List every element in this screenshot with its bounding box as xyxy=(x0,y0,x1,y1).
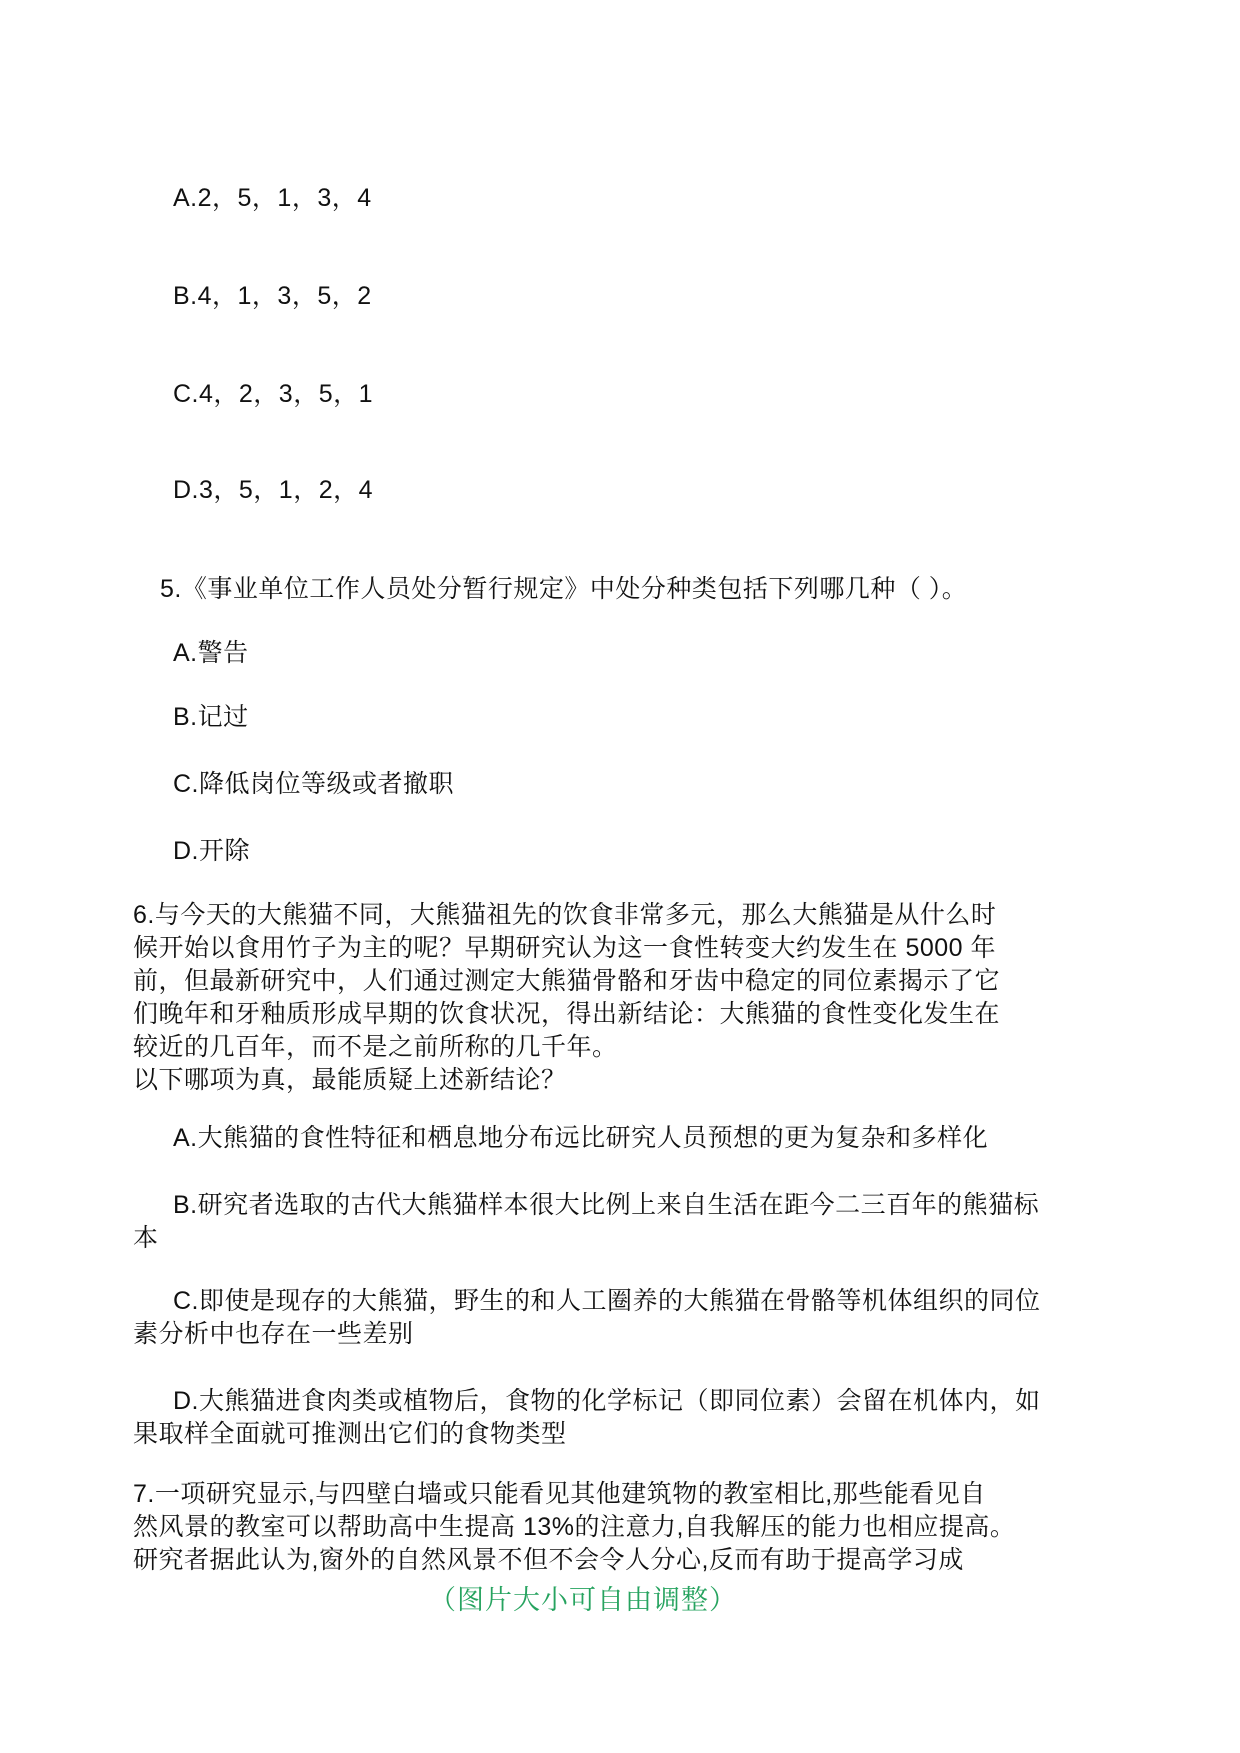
question-6-option-a: A.大熊猫的食性特征和栖息地分布远比研究人员预想的更为复杂和多样化 xyxy=(133,1122,988,1155)
question-6-option-c: C.即使是现存的大熊猫，野生的和人工圈养的大熊猫在骨骼等机体组织的同位 素分析中… xyxy=(133,1285,1041,1351)
question-5-stem: 5.《事业单位工作人员处分暂行规定》中处分种类包括下列哪几种（ ）。 xyxy=(133,573,967,606)
question-4-option-c: C.4，2，3，5，1 xyxy=(133,378,373,411)
question-5-option-c: C.降低岗位等级或者撤职 xyxy=(133,768,454,801)
question-5-option-d: D.开除 xyxy=(133,835,250,868)
question-6-stem: 6.与今天的大熊猫不同，大熊猫祖先的饮食非常多元，那么大熊猫是从什么时 候开始以… xyxy=(133,899,1000,1097)
question-6-option-b: B.研究者选取的古代大熊猫样本很大比例上来自生活在距今二三百年的熊猫标 本 xyxy=(133,1189,1039,1255)
exam-document-page: A.2，5，1，3，4 B.4，1，3，5，2 C.4，2，3，5，1 D.3，… xyxy=(0,0,1240,1753)
question-5-option-b: B.记过 xyxy=(133,701,249,734)
question-4-option-a: A.2，5，1，3，4 xyxy=(133,182,372,215)
question-4-option-d: D.3，5，1，2，4 xyxy=(133,474,373,507)
question-6-option-d: D.大熊猫进食肉类或植物后，食物的化学标记（即同位素）会留在机体内，如 果取样全… xyxy=(133,1385,1041,1451)
question-5-option-a: A.警告 xyxy=(133,637,249,670)
question-7-stem: 7.一项研究显示,与四壁白墙或只能看见其他建筑物的教室相比,那些能看见自 然风景… xyxy=(133,1478,1015,1577)
question-4-option-b: B.4，1，3，5，2 xyxy=(133,280,372,313)
image-resize-note: （图片大小可自由调整） xyxy=(133,1583,1033,1617)
